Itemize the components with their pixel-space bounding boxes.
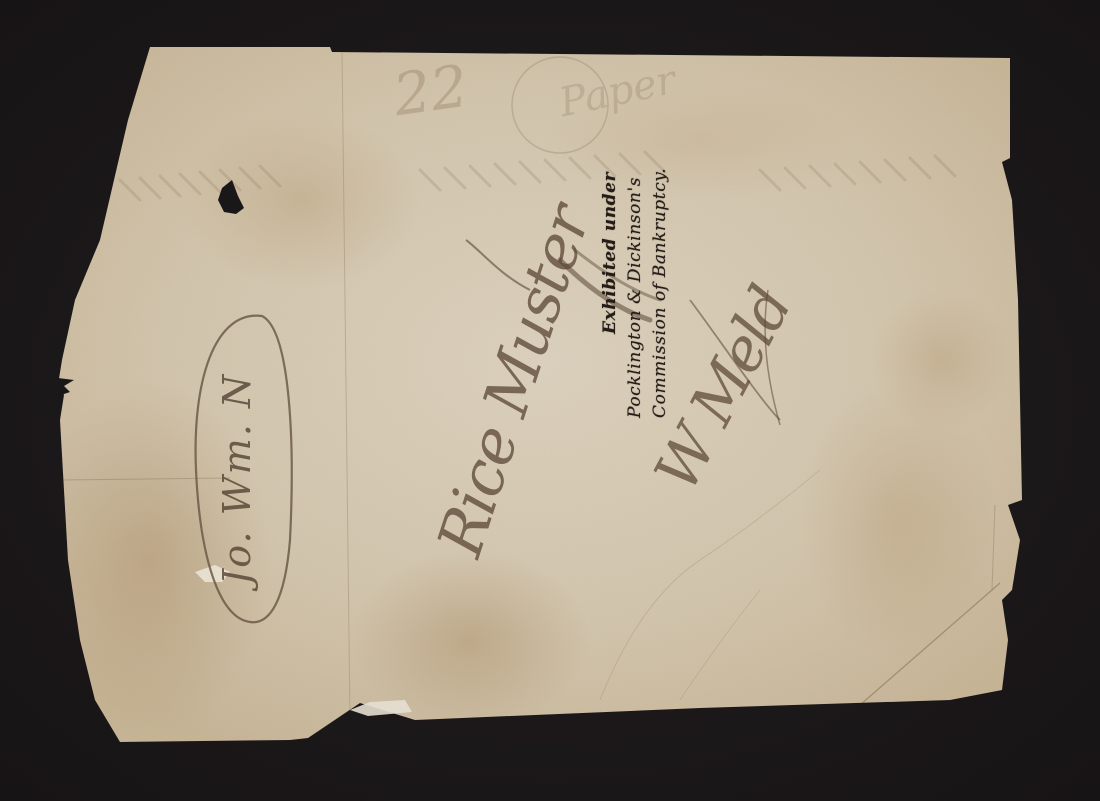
bleedthrough-numeral: 22 [388,52,472,130]
scan-background: 22 Paper Jo. Wm. N Rice M [0,0,1100,801]
oval-inscription-text: Jo. Wm. N [215,373,259,592]
document-paper: 22 Paper Jo. Wm. N Rice M [0,0,1100,801]
stamp-line-1: Exhibited under [598,168,623,418]
stamp-line-2: Pocklington & Dickinson's [623,168,648,418]
stamp-line-3: Commission of Bankruptcy. [648,168,673,418]
